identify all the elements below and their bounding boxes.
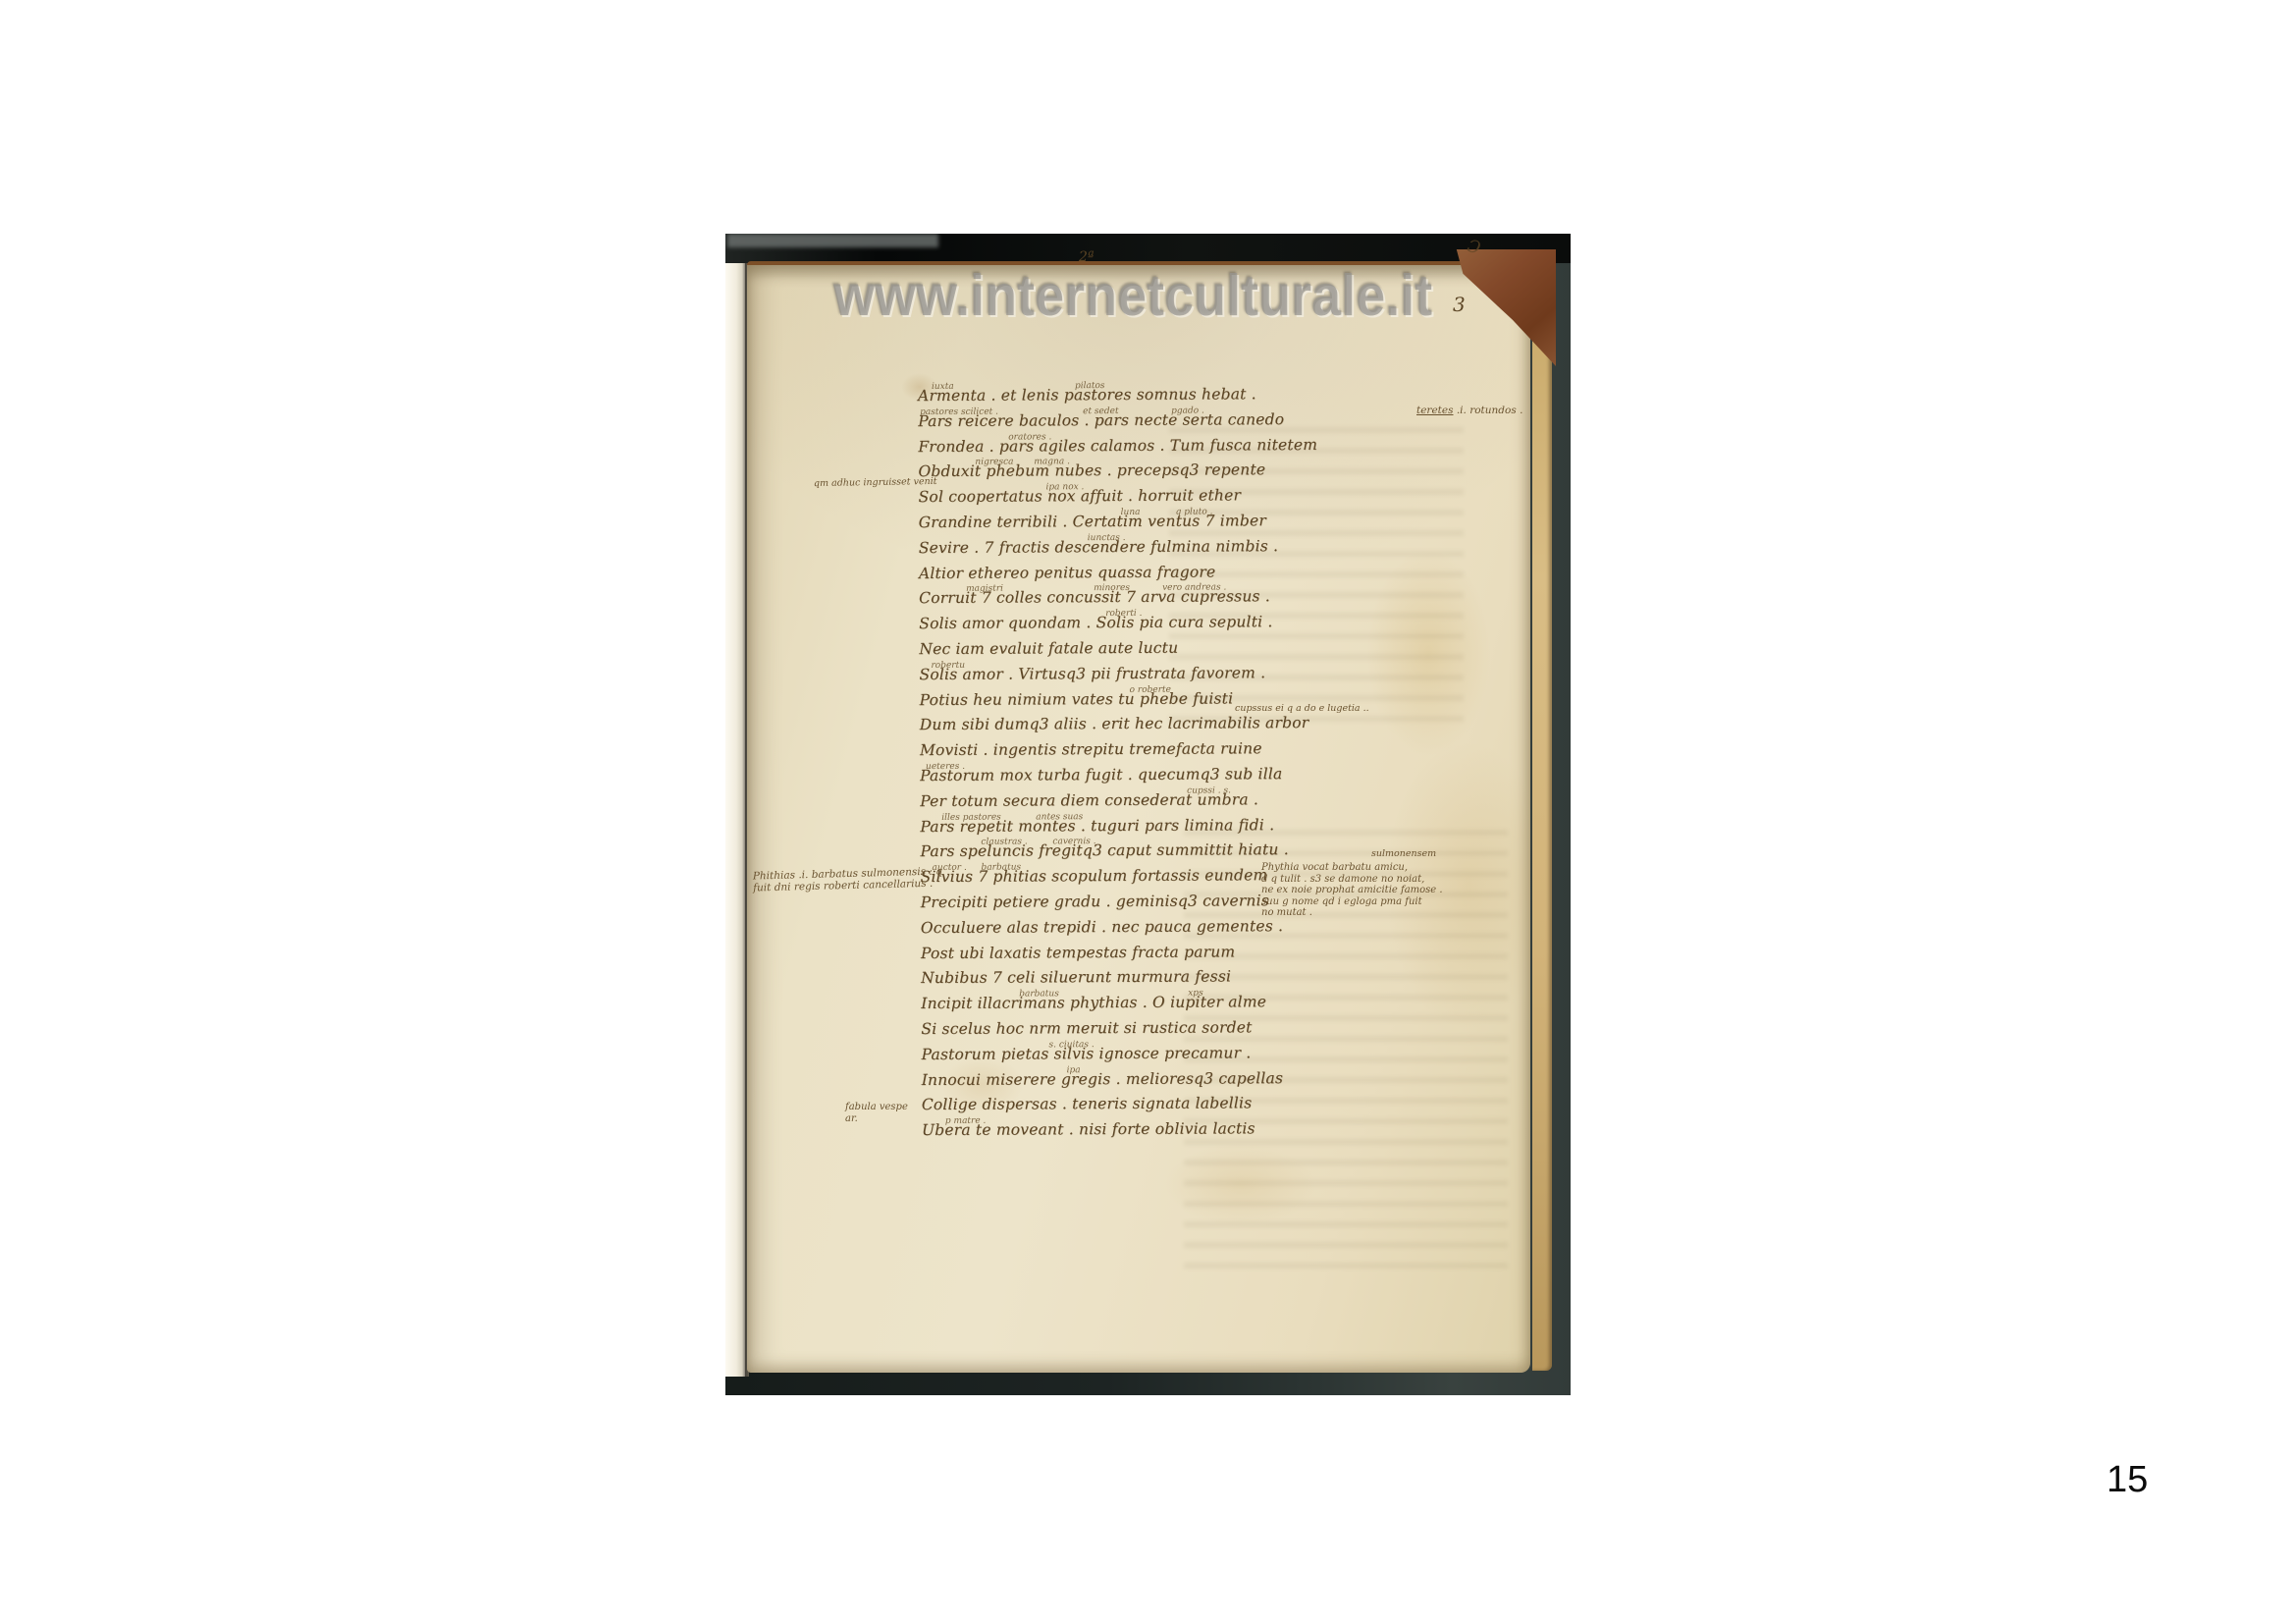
poem-line-text: Si scelus hoc nrm meruit si rustica sord…: [921, 1018, 1252, 1038]
margin-note-fabula: fabula vespear.: [845, 1102, 908, 1125]
margin-note-cupressus: cupssus ei q a do e lugetia ..: [1235, 703, 1369, 715]
note-line: fabula vespe: [845, 1102, 908, 1113]
poem-line: Silvius 7 phitias scopulum fortassis eun…: [921, 865, 1320, 893]
poem-line-text: Pars speluncis fregitq3 caput summittit …: [920, 840, 1288, 860]
interlinear-gloss: pilatos: [1075, 381, 1105, 391]
note-line: Phythia vocat barbatu amicu,: [1261, 862, 1443, 874]
poem-line: Movisti . ingentis strepitu tremefacta r…: [920, 738, 1319, 766]
margin-note-phythia-header: sulmonensem: [1371, 848, 1436, 859]
interlinear-gloss: xps: [1188, 989, 1203, 999]
poem-line: Sevire . 7 fractis descendere fulmina ni…: [919, 536, 1318, 564]
margin-note-teretes: teretes .i. rotundos .: [1416, 405, 1522, 416]
interlinear-gloss: iunctas .: [1088, 533, 1126, 543]
internetculturale-watermark: www.internetculturale.it: [833, 262, 1550, 329]
margin-note-phythia-barbatus: Phythia vocat barbatu amicu,d q tulit . …: [1261, 862, 1443, 919]
interlinear-gloss: iuxta: [932, 382, 954, 392]
poem-line-text: Occuluere alas trepidi . nec pauca gemen…: [921, 917, 1283, 937]
interlinear-gloss: ueteres .: [926, 762, 965, 772]
interlinear-gloss: barbatus: [1019, 989, 1059, 999]
poem-line: Obduxit phebum nubes . precepsq3 repente…: [918, 460, 1317, 487]
poem-line: Si scelus hoc nrm meruit si rustica sord…: [921, 1017, 1320, 1045]
interlinear-gloss: o roberte: [1130, 684, 1171, 694]
poem-line-text: Movisti . ingentis strepitu tremefacta r…: [920, 739, 1262, 759]
poem-line: Pars repetit montes . tuguri pars limina…: [920, 814, 1319, 841]
note-line: no mutat .: [1261, 907, 1443, 919]
poem-line-text: Precipiti petiere gradu . geminisq3 cave…: [921, 892, 1269, 911]
background-patch: [727, 234, 938, 247]
interlinear-gloss: magna .: [1034, 458, 1070, 467]
margin-note-ingruisset: qm adhuc ingruisset venit: [814, 476, 937, 490]
poem-line-text: Grandine terribili . Certatim ventus 7 i…: [919, 512, 1266, 531]
poem-line-text: Nubibus 7 celi siluerunt murmura fessi: [921, 968, 1231, 988]
poem-line: Innocui miserere gregis . melioresq3 cap…: [922, 1067, 1321, 1095]
poem-line: Pastorum mox turba fugit . quecumq3 sub …: [920, 764, 1319, 791]
interlinear-gloss: magistri: [966, 584, 1003, 594]
interlinear-gloss: minores: [1094, 583, 1130, 593]
note-line: qm adhuc ingruisset venit: [814, 476, 937, 490]
poem-line-text: Frondea . pars agiles calamos . Tum fusc…: [918, 436, 1317, 456]
margin-note-phitias-barbatus: Phithias .i. barbatus sulmonensis : qfui…: [753, 865, 943, 893]
interlinear-gloss: roberti .: [1105, 609, 1142, 619]
scan-slide: 2ª 3 Armenta . et lenis pastores somnus …: [0, 0, 2296, 1624]
book-fore-edge: [1532, 269, 1552, 1371]
poem-line: Solis amor quondam . Solis pia cura sepu…: [919, 612, 1318, 639]
poem-line: Occuluere alas trepidi . nec pauca gemen…: [921, 916, 1320, 944]
poem-line-text: Solis amor . Virtusq3 pii frustrata favo…: [919, 664, 1265, 683]
interlinear-gloss: et sedet: [1083, 406, 1119, 416]
interlinear-gloss: s. ciuitas .: [1048, 1040, 1094, 1050]
interlinear-gloss: cavernis .: [1052, 837, 1095, 846]
gloss-text: .i. rotundos .: [1454, 405, 1523, 416]
poem-line: Post ubi laxatis tempestas fracta parum: [921, 941, 1320, 968]
poem-line: Ubera te moveant . nisi forte oblivia la…: [922, 1118, 1321, 1146]
note-line: suu g nome qd i egloga pma fuit: [1261, 896, 1443, 908]
poem-line-text: Innocui miserere gregis . melioresq3 cap…: [922, 1069, 1284, 1089]
note-line: cupssus ei q a do e lugetia ..: [1235, 703, 1369, 715]
poem-line-text: Solis amor quondam . Solis pia cura sepu…: [919, 613, 1272, 632]
poem-line-text: Collige dispersas . teneris signata labe…: [922, 1095, 1253, 1114]
interlinear-gloss: claustras .: [981, 838, 1027, 847]
interlinear-gloss: antes suas: [1036, 812, 1083, 822]
poem-line-text: Incipit illacrimans phythias . O iupiter…: [921, 993, 1266, 1012]
interlinear-gloss: robertu: [931, 661, 965, 671]
poem-line-text: Nec iam evaluit fatale aute luctu: [919, 639, 1178, 658]
poem-line: Pars reicere baculos . pars necte serta …: [918, 409, 1317, 437]
interlinear-gloss: illes pastores: [941, 812, 1001, 822]
facing-page-edge: [725, 263, 745, 1377]
slide-page-number: 15: [2107, 1459, 2148, 1501]
interlinear-gloss: vero andreas .: [1162, 583, 1226, 593]
poem-line-text: Pastorum mox turba fugit . quecumq3 sub …: [920, 765, 1282, 785]
interlinear-gloss: ipa nox .: [1045, 482, 1084, 492]
poem-line: Nec iam evaluit fatale aute luctu: [919, 637, 1318, 665]
note-line: ne ex noie prophat amicitie famose .: [1261, 885, 1443, 896]
poem-line: Nubibus 7 celi siluerunt murmura fessi: [921, 966, 1320, 994]
poem-line-text: Potius heu nimium vates tu phebe fuisti: [920, 689, 1234, 709]
interlinear-gloss: ipa: [1067, 1065, 1081, 1075]
poem-line: Sol coopertatus nox affuit . horruit eth…: [919, 485, 1318, 513]
note-line: d q tulit . s3 se damone no noiat,: [1261, 874, 1443, 886]
poem-text-block: Armenta . et lenis pastores somnus hebat…: [918, 384, 1321, 1146]
interlinear-gloss: barbatus: [982, 863, 1022, 873]
interlinear-gloss: p matre .: [945, 1116, 987, 1126]
manuscript-photo: 2ª 3 Armenta . et lenis pastores somnus …: [725, 234, 1571, 1395]
poem-line-text: Silvius 7 phitias scopulum fortassis eun…: [921, 866, 1268, 886]
poem-line: Pars speluncis fregitq3 caput summittit …: [920, 839, 1319, 867]
interlinear-gloss: pgado .: [1171, 406, 1204, 415]
interlinear-gloss: luna: [1121, 508, 1141, 517]
interlinear-gloss: cupssi . s.: [1187, 785, 1231, 795]
poem-line: Incipit illacrimans phythias . O iupiter…: [921, 992, 1320, 1019]
interlinear-gloss: nigresca: [975, 458, 1013, 467]
poem-line-text: Altior ethereo penitus quassa fragore: [919, 563, 1215, 582]
manuscript-page: 2ª 3 Armenta . et lenis pastores somnus …: [747, 261, 1530, 1373]
poem-line: Precipiti petiere gradu . geminisq3 cave…: [921, 891, 1320, 918]
poem-line-text: Obduxit phebum nubes . precepsq3 repente: [918, 461, 1265, 481]
poem-line: Dum sibi dumq3 aliis . erit hec lacrimab…: [920, 713, 1319, 740]
poem-line-text: Post ubi laxatis tempestas fracta parum: [921, 943, 1235, 962]
poem-line: Pastorum pietas silvis ignosce precamur …: [921, 1043, 1320, 1070]
interlinear-gloss: pastores scilicet .: [920, 406, 998, 416]
note-line: ar.: [845, 1113, 908, 1125]
poem-line: Solis amor . Virtusq3 pii frustrata favo…: [919, 663, 1318, 690]
poem-line-text: Dum sibi dumq3 aliis . erit hec lacrimab…: [920, 714, 1309, 733]
interlinear-gloss: oratores .: [1008, 432, 1051, 442]
underlined-lemma: teretes: [1416, 405, 1454, 416]
interlinear-gloss: q pluto .: [1176, 507, 1213, 516]
